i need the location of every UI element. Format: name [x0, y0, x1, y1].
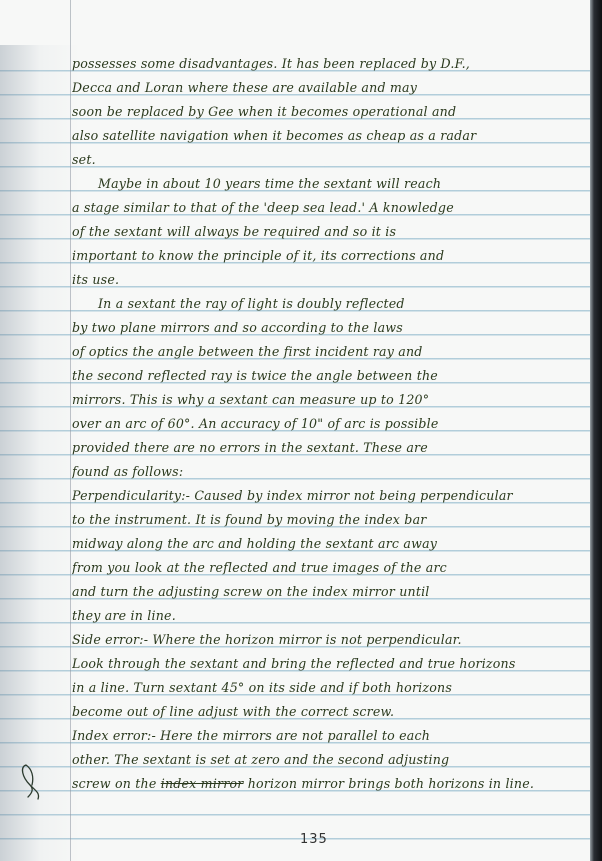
text-line: soon be replaced by Gee when it becomes …	[72, 100, 584, 124]
text-line: in a line. Turn sextant 45° on its side …	[72, 676, 584, 700]
text-line: other. The sextant is set at zero and th…	[72, 748, 584, 772]
line-start-text: screw on the	[72, 776, 157, 791]
text-line: Decca and Loran where these are availabl…	[72, 76, 584, 100]
text-line: by two plane mirrors and so according to…	[72, 316, 584, 340]
side-error-heading-line: Side error:- Where the horizon mirror is…	[72, 628, 584, 652]
paragraph-start-line: In a sextant the ray of light is doubly …	[72, 292, 584, 316]
margin-initials-scribble-icon	[18, 763, 48, 803]
text-line-with-strikethrough: screw on the index mirror horizon mirror…	[72, 772, 584, 796]
text-line: become out of line adjust with the corre…	[72, 700, 584, 724]
text-line: mirrors. This is why a sextant can measu…	[72, 388, 584, 412]
page-top-margin	[0, 0, 590, 45]
text-line: and turn the adjusting screw on the inde…	[72, 580, 584, 604]
margin-rule-line	[70, 0, 71, 861]
text-line: midway along the arc and holding the sex…	[72, 532, 584, 556]
handwritten-text-block: possesses some disadvantages. It has bee…	[72, 52, 584, 796]
text-line: a stage similar to that of the 'deep sea…	[72, 196, 584, 220]
text-line: found as follows:	[72, 460, 584, 484]
text-line: possesses some disadvantages. It has bee…	[72, 52, 584, 76]
struck-out-text: index mirror	[161, 776, 244, 791]
text-line: over an arc of 60°. An accuracy of 10" o…	[72, 412, 584, 436]
text-line: to the instrument. It is found by moving…	[72, 508, 584, 532]
text-line: important to know the principle of it, i…	[72, 244, 584, 268]
text-line: its use.	[72, 268, 584, 292]
text-line: from you look at the reflected and true …	[72, 556, 584, 580]
perpendicularity-heading-line: Perpendicularity:- Caused by index mirro…	[72, 484, 584, 508]
line-end-text: horizon mirror brings both horizons in l…	[248, 776, 534, 791]
page-number: 135	[300, 832, 328, 847]
index-error-heading-line: Index error:- Here the mirrors are not p…	[72, 724, 584, 748]
text-line: also satellite navigation when it become…	[72, 124, 584, 148]
text-line: Look through the sextant and bring the r…	[72, 652, 584, 676]
text-line: set.	[72, 148, 584, 172]
paragraph-start-line: Maybe in about 10 years time the sextant…	[72, 172, 584, 196]
text-line: the second reflected ray is twice the an…	[72, 364, 584, 388]
text-line: they are in line.	[72, 604, 584, 628]
page-right-edge-shadow	[590, 0, 602, 861]
text-line: of the sextant will always be required a…	[72, 220, 584, 244]
text-line: of optics the angle between the first in…	[72, 340, 584, 364]
text-line: provided there are no errors in the sext…	[72, 436, 584, 460]
